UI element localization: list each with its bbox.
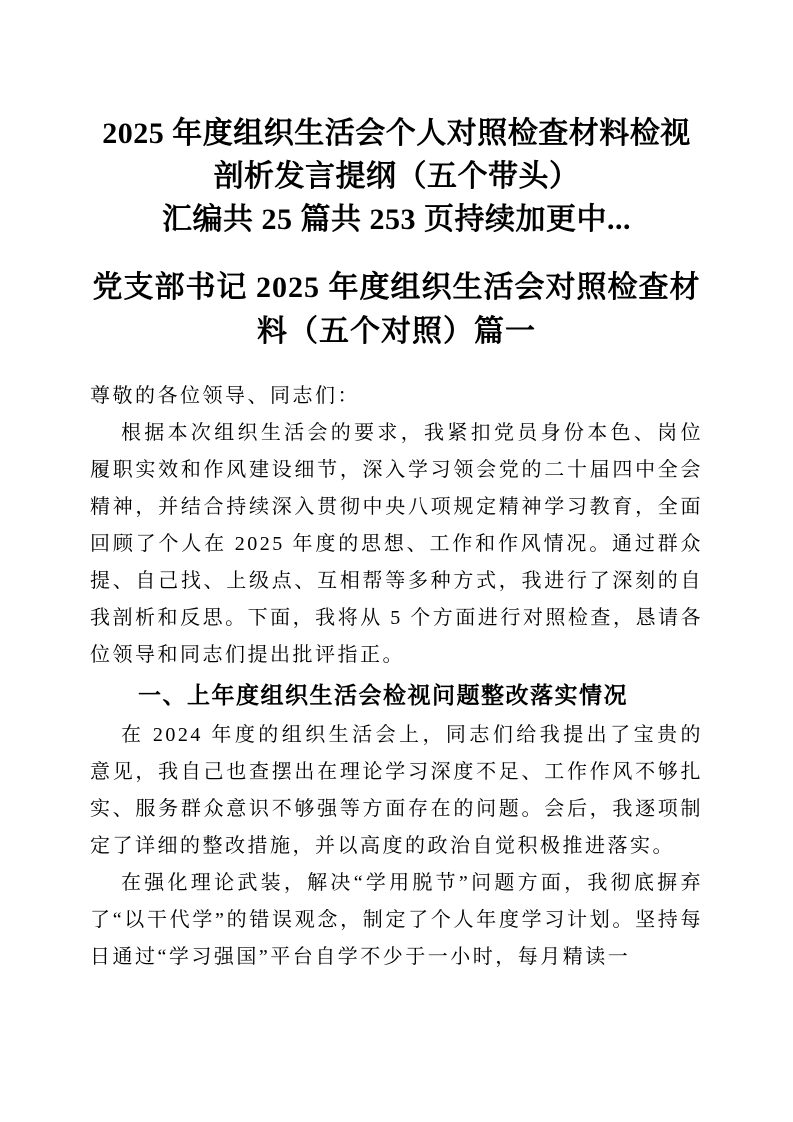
- body-paragraph-theory-study: 在强化理论武装，解决“学用脱节”问题方面，我彻底摒弃了“以干代学”的错误观念，制…: [90, 865, 703, 976]
- article-title: 党支部书记 2025 年度组织生活会对照检查材 料（五个对照）篇一: [90, 266, 703, 354]
- compilation-title-line-3: 汇编共 25 篇共 253 页持续加更中...: [90, 198, 703, 241]
- document-page: 2025 年度组织生活会个人对照检查材料检视 剖析发言提纲（五个带头） 汇编共 …: [0, 0, 793, 1122]
- salutation-line: 尊敬的各位领导、同志们：: [90, 378, 703, 415]
- compilation-title-line-1: 2025 年度组织生活会个人对照检查材料检视: [90, 112, 703, 155]
- body-paragraph-intro: 根据本次组织生活会的要求，我紧扣党员身份本色、岗位履职实效和作风建设细节，深入学…: [90, 415, 703, 674]
- article-title-line-1: 党支部书记 2025 年度组织生活会对照检查材: [90, 266, 703, 310]
- section-heading-1: 一、上年度组织生活会检视问题整改落实情况: [90, 674, 703, 717]
- body-paragraph-rectification: 在 2024 年度的组织生活会上，同志们给我提出了宝贵的意见，我自己也查摆出在理…: [90, 717, 703, 865]
- compilation-title: 2025 年度组织生活会个人对照检查材料检视 剖析发言提纲（五个带头） 汇编共 …: [90, 112, 703, 241]
- article-title-line-2: 料（五个对照）篇一: [90, 310, 703, 354]
- compilation-title-line-2: 剖析发言提纲（五个带头）: [90, 155, 703, 198]
- document-body: 尊敬的各位领导、同志们： 根据本次组织生活会的要求，我紧扣党员身份本色、岗位履职…: [90, 378, 703, 976]
